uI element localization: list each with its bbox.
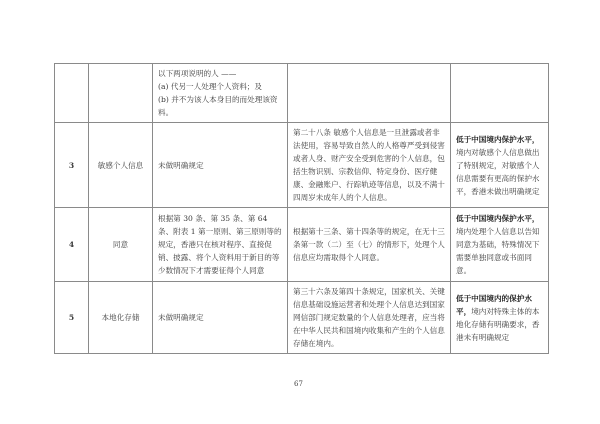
cn-provision: [288, 64, 451, 123]
hk-line: (a) 代另一人处理个人资料；及: [158, 80, 282, 93]
row-number: 4: [55, 208, 89, 282]
comparison-verdict: 低于中国境内保护水平，: [456, 214, 540, 223]
row-topic: [89, 64, 153, 123]
row-number: 3: [55, 123, 89, 208]
comparison-detail: 境内对敏感个人信息做出了特别规定，对敏感个人信息需要有更高的保护水平，香港未做出…: [456, 148, 540, 196]
comparison-table: 以下两项说明的人 —— (a) 代另一人处理个人资料；及 (b) 并不为该人本身…: [54, 63, 549, 354]
comparison: 低于中国境内保护水平，境内处理个人信息以告知同意为基础，特殊情况下需要单独同意或…: [451, 208, 549, 282]
row-topic: 本地化存储: [89, 282, 153, 354]
cn-provision: 第三十六条及第四十条规定，国家机关、关键信息基础设施运营者和处理个人信息达到国家…: [288, 282, 451, 354]
comparison: 低于中国境内保护水平，境内对敏感个人信息做出了特别规定，对敏感个人信息需要有更高…: [451, 123, 549, 208]
hk-line: (b) 并不为该人本身目的而处理该资料。: [158, 93, 282, 119]
hk-line: 以下两项说明的人 ——: [158, 67, 282, 80]
page-number: 67: [294, 380, 303, 388]
cn-provision: 根据第十三条、第十四条等的规定，在无十三条第一款（二）至（七）的情形下，处理个人…: [288, 208, 451, 282]
row-topic: 同意: [89, 208, 153, 282]
comparison-detail: 境内处理个人信息以告知同意为基础，特殊情况下需要单独同意或书面同意。: [456, 227, 540, 275]
hk-provision: 根据第 30 条、第 35 条、第 64 条、附表 1 第一原则、第三原则等的规…: [153, 208, 288, 282]
table-row: 以下两项说明的人 —— (a) 代另一人处理个人资料；及 (b) 并不为该人本身…: [55, 64, 549, 123]
row-number: 5: [55, 282, 89, 354]
hk-provision: 未做明确规定: [153, 123, 288, 208]
hk-provision: 以下两项说明的人 —— (a) 代另一人处理个人资料；及 (b) 并不为该人本身…: [153, 64, 288, 123]
row-topic: 敏感个人信息: [89, 123, 153, 208]
table-row: 5 本地化存储 未做明确规定 第三十六条及第四十条规定，国家机关、关键信息基础设…: [55, 282, 549, 354]
comparison: 低于中国境内的保护水平，境内对特殊主体的本地化存储有明确要求，香港未有明确规定: [451, 282, 549, 354]
comparison-verdict: 低于中国境内保护水平，: [456, 135, 540, 144]
row-number: [55, 64, 89, 123]
hk-provision: 未做明确规定: [153, 282, 288, 354]
table-row: 4 同意 根据第 30 条、第 35 条、第 64 条、附表 1 第一原则、第三…: [55, 208, 549, 282]
table-row: 3 敏感个人信息 未做明确规定 第二十八条 敏感个人信息是一旦泄露或者非法使用，…: [55, 123, 549, 208]
comparison: [451, 64, 549, 123]
cn-provision: 第二十八条 敏感个人信息是一旦泄露或者非法使用，容易导致自然人的人格尊严受到侵害…: [288, 123, 451, 208]
